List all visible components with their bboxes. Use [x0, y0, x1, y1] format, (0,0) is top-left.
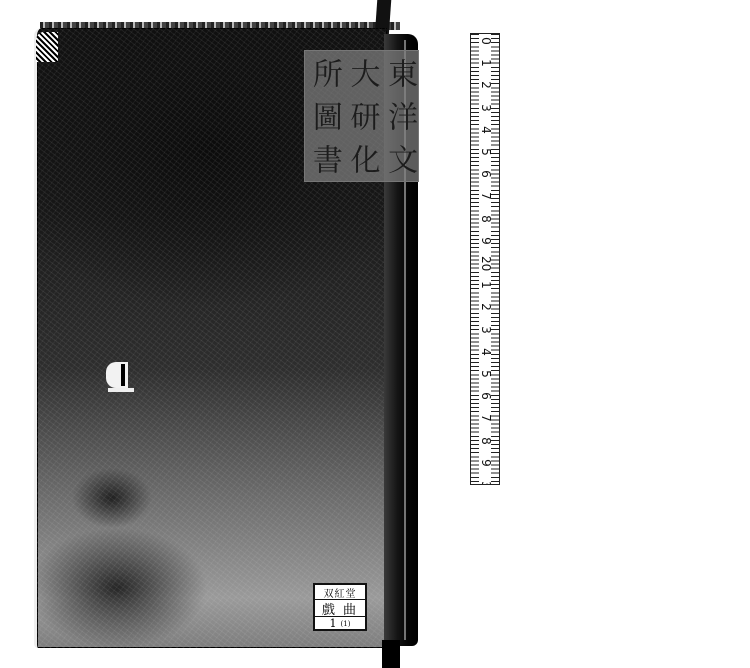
label-category: 戲曲 [315, 600, 365, 617]
ruler-number: 5 [479, 145, 493, 159]
seal-char: 圖 [309, 101, 339, 131]
seal-char: 研 [346, 101, 376, 131]
ruler-number: 8 [479, 212, 493, 226]
ruler-number: 2 [479, 300, 493, 314]
measuring-ruler: 0123456789201234567893 [470, 33, 500, 485]
seal-char: 文 [384, 144, 414, 174]
torn-paper-mark [106, 362, 128, 388]
ruler-number: 4 [479, 123, 493, 137]
cover-corner-damage [36, 32, 58, 62]
ruler-number: 7 [479, 411, 493, 425]
ruler-number: 4 [479, 345, 493, 359]
label-volume-row: 1 (1) [315, 617, 365, 630]
ruler-number: 3 [479, 478, 493, 485]
ruler-number: 0 [479, 34, 493, 48]
ribbon-bottom [382, 640, 400, 668]
ruler-ticks-left [471, 34, 479, 484]
ruler-number: 1 [479, 278, 493, 292]
ruler-number: 20 [479, 256, 493, 270]
ruler-number: 2 [479, 78, 493, 92]
ruler-number: 7 [479, 189, 493, 203]
ruler-number: 6 [479, 389, 493, 403]
label-sub-volume: (1) [341, 620, 351, 628]
catalog-label: 双紅堂 戲曲 1 (1) [313, 583, 367, 631]
ruler-number: 9 [479, 234, 493, 248]
seal-char: 書 [309, 144, 339, 174]
ruler-number: 1 [479, 56, 493, 70]
seal-char: 化 [346, 144, 376, 174]
ruler-number: 3 [479, 101, 493, 115]
library-seal: 所 大 東 圖 研 洋 書 化 文 [304, 50, 419, 182]
ruler-number: 6 [479, 167, 493, 181]
ruler-number: 9 [479, 456, 493, 470]
ruler-number: 8 [479, 434, 493, 448]
ruler-number: 3 [479, 323, 493, 337]
seal-char: 所 [309, 58, 339, 88]
seal-char: 東 [384, 58, 414, 88]
ruler-number: 5 [479, 367, 493, 381]
seal-char: 洋 [384, 101, 414, 131]
label-volume: 1 [330, 617, 337, 630]
seal-char: 大 [346, 58, 376, 88]
